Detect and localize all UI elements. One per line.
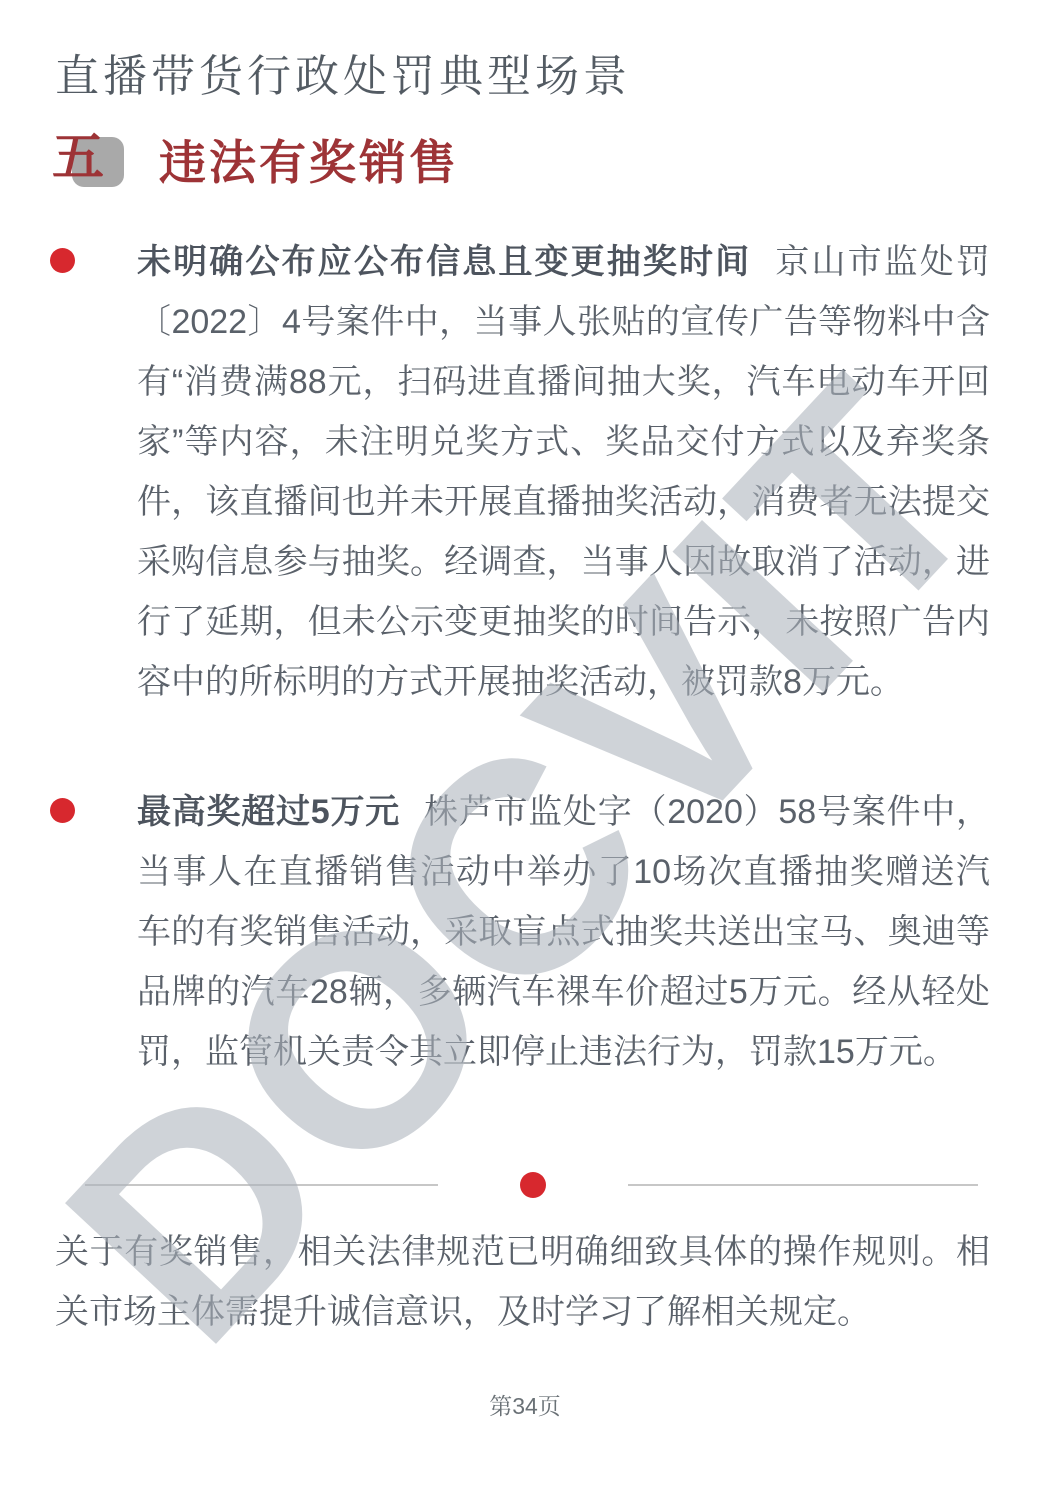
section-number: 五 bbox=[52, 129, 104, 187]
document-page: 直播带货行政处罚典型场景 五 违法有奖销售 未明确公布应公布信息且变更抽奖时间京… bbox=[0, 0, 1050, 1485]
page-number: 第34页 bbox=[0, 1388, 1050, 1421]
divider-line bbox=[85, 1184, 438, 1186]
section-divider bbox=[85, 1172, 978, 1198]
bullet-dot-icon bbox=[50, 248, 75, 273]
case-text: 未明确公布应公布信息且变更抽奖时间京山市监处罚〔2022〕4号案件中，当事人张贴… bbox=[137, 232, 990, 712]
case-text: 最高奖超过5万元株芦市监处字（2020）58号案件中，当事人在直播销售活动中举办… bbox=[137, 782, 990, 1082]
case-body: 株芦市监处字（2020）58号案件中，当事人在直播销售活动中举办了10场次直播抽… bbox=[137, 793, 990, 1071]
page-title: 直播带货行政处罚典型场景 bbox=[55, 40, 631, 104]
case-lead: 未明确公布应公布信息且变更抽奖时间 bbox=[137, 243, 751, 281]
case-item: 未明确公布应公布信息且变更抽奖时间京山市监处罚〔2022〕4号案件中，当事人张贴… bbox=[50, 232, 990, 712]
closing-paragraph: 关于有奖销售，相关法律规范已明确细致具体的操作规则。相关市场主体需提升诚信意识，… bbox=[55, 1222, 990, 1342]
section-title: 违法有奖销售 bbox=[159, 126, 459, 193]
divider-line bbox=[628, 1184, 978, 1186]
section-header: 五 违法有奖销售 bbox=[52, 126, 459, 193]
case-body: 京山市监处罚〔2022〕4号案件中，当事人张贴的宣传广告等物料中含有“消费满88… bbox=[137, 243, 990, 701]
divider-dot-icon bbox=[520, 1172, 546, 1198]
case-item: 最高奖超过5万元株芦市监处字（2020）58号案件中，当事人在直播销售活动中举办… bbox=[50, 782, 990, 1082]
case-lead: 最高奖超过5万元 bbox=[137, 793, 400, 831]
bullet-dot-icon bbox=[50, 798, 75, 823]
section-number-badge: 五 bbox=[52, 131, 125, 189]
